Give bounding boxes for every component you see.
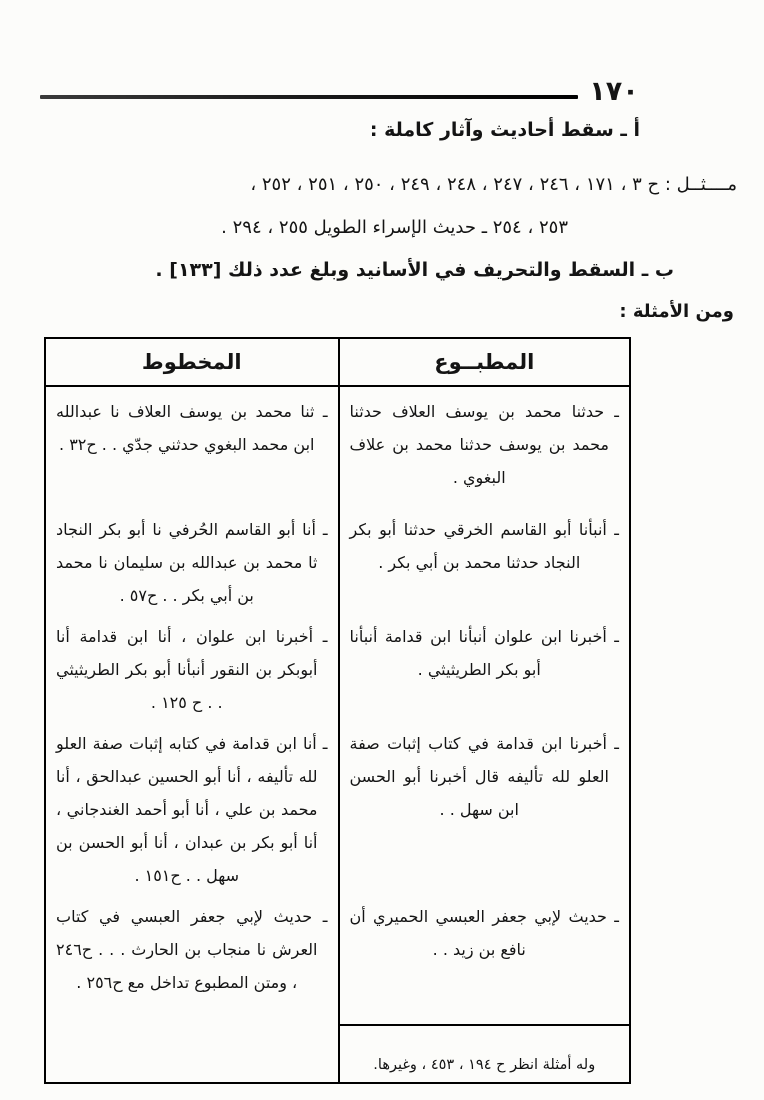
- cell-printed: ـ حديث لإبي جعفر العبسي الحميري أن نافع …: [338, 892, 630, 1024]
- manuscript-entry: ـ حديث لإبي جعفر العبسي في كتاب العرش نا…: [56, 900, 328, 999]
- table-row: ـ حدثنا محمد بن يوسف العلاف حدثنا محمد ب…: [46, 387, 629, 505]
- table-row: ـ أخبرنا ابن علوان أنبأنا ابن قدامة أنبأ…: [46, 612, 629, 719]
- cell-printed: ـ أخبرنا ابن قدامة في كتاب إثبات صفة الع…: [338, 719, 630, 892]
- cell-manuscript: ـ ثنا محمد بن يوسف العلاف نا عبدالله ابن…: [46, 387, 338, 505]
- printed-entry: ـ حديث لإبي جعفر العبسي الحميري أن نافع …: [350, 900, 620, 966]
- table-row: ـ أخبرنا ابن قدامة في كتاب إثبات صفة الع…: [46, 719, 629, 892]
- manuscript-entry: ـ أخبرنا ابن علوان ، أنا ابن قدامة أنا أ…: [56, 620, 328, 719]
- book-page: ١٧٠ أ ـ سقط أحاديث وآثار كاملة : مــــثـ…: [0, 0, 764, 1100]
- printed-entry: ـ أخبرنا ابن قدامة في كتاب إثبات صفة الع…: [350, 727, 620, 826]
- printed-entry: ـ حدثنا محمد بن يوسف العلاف حدثنا محمد ب…: [350, 395, 620, 494]
- table-footer-row: وله أمثلة انظر ح ١٩٤ ، ٤٥٣ ، وغيرها.: [46, 1024, 629, 1082]
- manuscript-entry: ـ ثنا محمد بن يوسف العلاف نا عبدالله ابن…: [56, 395, 328, 461]
- footer-note: وله أمثلة انظر ح ١٩٤ ، ٤٥٣ ، وغيرها.: [373, 1057, 595, 1073]
- cell-manuscript: ـ حديث لإبي جعفر العبسي في كتاب العرش نا…: [46, 892, 338, 1024]
- cell-manuscript: ـ أنا أبو القاسم الحُرفي نا أبو بكر النج…: [46, 505, 338, 612]
- printed-entry: ـ أنبأنا أبو القاسم الخرقي حدثنا أبو بكر…: [350, 513, 620, 579]
- table-header-row: المطبــوع المخطوط: [46, 339, 629, 387]
- table-row: ـ حديث لإبي جعفر العبسي الحميري أن نافع …: [46, 892, 629, 1024]
- comparison-table: المطبــوع المخطوط ـ حدثنا محمد بن يوسف ا…: [44, 337, 631, 1084]
- header-rule: [40, 95, 578, 99]
- table-header-printed: المطبــوع: [338, 339, 630, 385]
- manuscript-entry: ـ أنا أبو القاسم الحُرفي نا أبو بكر النج…: [56, 513, 328, 612]
- page-number: ١٧٠: [582, 76, 646, 107]
- cell-printed: ـ أخبرنا ابن علوان أنبأنا ابن قدامة أنبأ…: [338, 612, 630, 719]
- heading-b: ب ـ السقط والتحريف في الأسانيد وبلغ عدد …: [155, 259, 674, 281]
- cell-manuscript: ـ أخبرنا ابن علوان ، أنا ابن قدامة أنا أ…: [46, 612, 338, 719]
- table-row: ـ أنبأنا أبو القاسم الخرقي حدثنا أبو بكر…: [46, 505, 629, 612]
- examples-intro: ومن الأمثلة :: [619, 301, 734, 322]
- footer-empty-cell: [46, 1024, 338, 1082]
- examples-ref-line-1: مــــثــل : ح ٣ ، ١٧١ ، ٢٤٦ ، ٢٤٧ ، ٢٤٨ …: [250, 174, 737, 195]
- cell-printed: ـ أنبأنا أبو القاسم الخرقي حدثنا أبو بكر…: [338, 505, 630, 612]
- manuscript-entry: ـ أنا ابن قدامة في كتابه إثبات صفة العلو…: [56, 727, 328, 892]
- examples-ref-line-2: ٢٥٣ ، ٢٥٤ ـ حديث الإسراء الطويل ٢٥٥ ، ٢٩…: [221, 217, 568, 238]
- cell-manuscript: ـ أنا ابن قدامة في كتابه إثبات صفة العلو…: [46, 719, 338, 892]
- footer-note-cell: وله أمثلة انظر ح ١٩٤ ، ٤٥٣ ، وغيرها.: [338, 1024, 630, 1082]
- heading-a: أ ـ سقط أحاديث وآثار كاملة :: [370, 119, 640, 141]
- printed-entry: ـ أخبرنا ابن علوان أنبأنا ابن قدامة أنبأ…: [350, 620, 620, 686]
- table-header-manuscript: المخطوط: [46, 339, 338, 385]
- cell-printed: ـ حدثنا محمد بن يوسف العلاف حدثنا محمد ب…: [338, 387, 630, 505]
